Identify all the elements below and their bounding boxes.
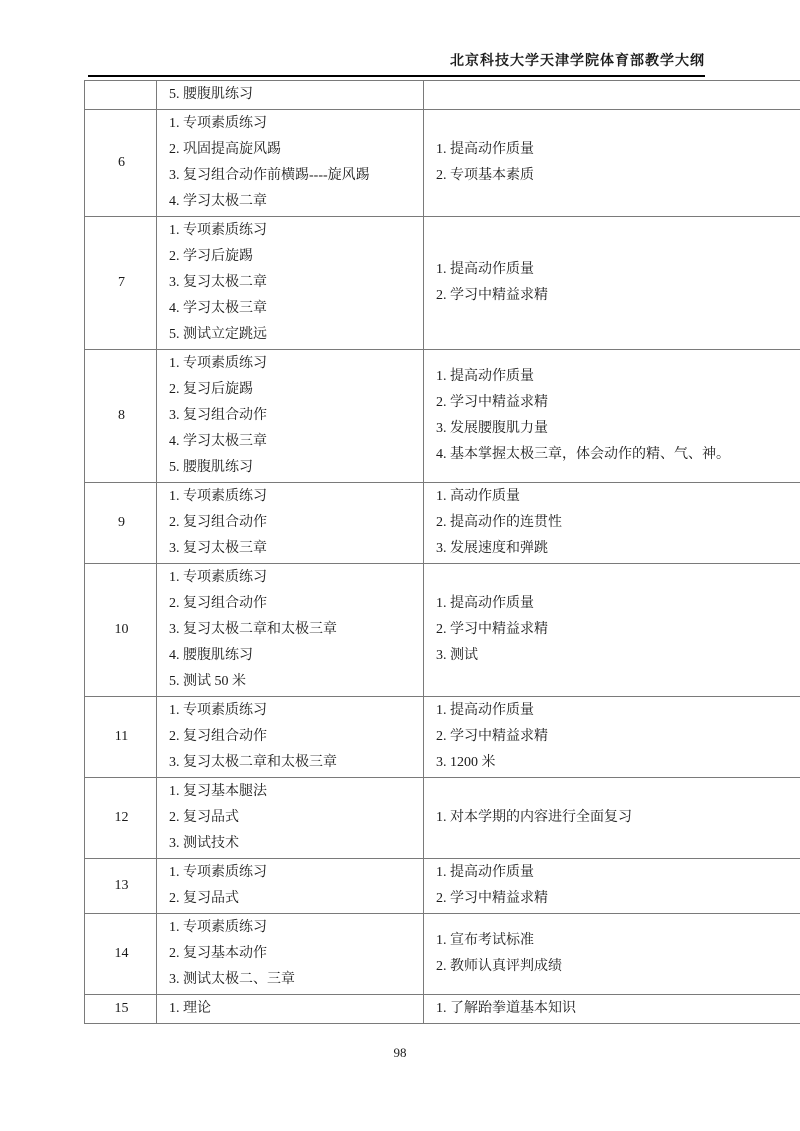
- content-line: 2. 巩固提高旋风踢: [169, 137, 413, 163]
- goal-line: 1. 提高动作质量: [436, 257, 795, 283]
- content-cell: 1. 专项素质练习 2. 学习后旋踢 3. 复习太极二章 4. 学习太极三章 5…: [157, 217, 424, 350]
- goals-cell: 1. 提高动作质量 2. 学习中精益求精: [424, 859, 800, 914]
- goals-cell: 1. 提高动作质量 2. 学习中精益求精 3. 测试: [424, 564, 800, 697]
- content-line: 3. 复习组合动作: [169, 403, 413, 429]
- goal-line: 2. 教师认真评判成绩: [436, 954, 795, 980]
- goals-cell: 1. 提高动作质量 2. 学习中精益求精 3. 1200 米: [424, 697, 800, 778]
- content-cell: 1. 专项素质练习 2. 复习组合动作 3. 复习太极三章: [157, 483, 424, 564]
- content-line: 2. 复习组合动作: [169, 724, 413, 750]
- content-line: 1. 专项素质练习: [169, 111, 413, 137]
- content-line: 4. 学习太极三章: [169, 429, 413, 455]
- content-line: 3. 复习太极二章: [169, 270, 413, 296]
- content-line: 1. 专项素质练习: [169, 915, 413, 941]
- syllabus-table: 5. 腰腹肌练习 6 1. 专项素质练习 2. 巩固提高旋风踢 3. 复习组合动…: [84, 80, 800, 1024]
- goal-line: 1. 高动作质量: [436, 484, 795, 510]
- content-line: 2. 复习组合动作: [169, 510, 413, 536]
- table-row: 11 1. 专项素质练习 2. 复习组合动作 3. 复习太极二章和太极三章 1.…: [85, 697, 800, 778]
- table-row: 14 1. 专项素质练习 2. 复习基本动作 3. 测试太极二、三章 1. 宣布…: [85, 914, 800, 995]
- content-line: 1. 专项素质练习: [169, 218, 413, 244]
- content-line: 5. 腰腹肌练习: [169, 455, 413, 481]
- content-line: 3. 复习组合动作前横踢----旋风踢: [169, 163, 413, 189]
- goal-line: 1. 提高动作质量: [436, 698, 795, 724]
- goal-line: 1. 提高动作质量: [436, 860, 795, 886]
- content-cell: 5. 腰腹肌练习: [157, 81, 424, 110]
- week-cell: [85, 81, 157, 110]
- goal-line: 1. 提高动作质量: [436, 364, 795, 390]
- table-row: 9 1. 专项素质练习 2. 复习组合动作 3. 复习太极三章 1. 高动作质量…: [85, 483, 800, 564]
- content-cell: 1. 理论: [157, 995, 424, 1024]
- table-row: 12 1. 复习基本腿法 2. 复习品式 3. 测试技术 1. 对本学期的内容进…: [85, 778, 800, 859]
- content-line: 3. 复习太极二章和太极三章: [169, 617, 413, 643]
- content-line: 3. 测试技术: [169, 831, 413, 857]
- table-row: 13 1. 专项素质练习 2. 复习品式 1. 提高动作质量 2. 学习中精益求…: [85, 859, 800, 914]
- week-cell: 11: [85, 697, 157, 778]
- table-row: 7 1. 专项素质练习 2. 学习后旋踢 3. 复习太极二章 4. 学习太极三章…: [85, 217, 800, 350]
- content-line: 1. 复习基本腿法: [169, 779, 413, 805]
- table-row: 5. 腰腹肌练习: [85, 81, 800, 110]
- week-cell: 10: [85, 564, 157, 697]
- content-line: 2. 学习后旋踢: [169, 244, 413, 270]
- content-line: 3. 测试太极二、三章: [169, 967, 413, 993]
- week-cell: 6: [85, 110, 157, 217]
- goal-line: 2. 学习中精益求精: [436, 617, 795, 643]
- table-row: 10 1. 专项素质练习 2. 复习组合动作 3. 复习太极二章和太极三章 4.…: [85, 564, 800, 697]
- week-cell: 8: [85, 350, 157, 483]
- week-cell: 9: [85, 483, 157, 564]
- content-line: 1. 专项素质练习: [169, 351, 413, 377]
- goals-cell: 1. 高动作质量 2. 提高动作的连贯性 3. 发展速度和弹跳: [424, 483, 800, 564]
- content-line: 1. 专项素质练习: [169, 698, 413, 724]
- content-line: 1. 专项素质练习: [169, 860, 413, 886]
- week-cell: 12: [85, 778, 157, 859]
- goal-line: 2. 学习中精益求精: [436, 886, 795, 912]
- content-line: 4. 学习太极三章: [169, 296, 413, 322]
- goal-line: 1. 宣布考试标准: [436, 928, 795, 954]
- page-header-title: 北京科技大学天津学院体育部教学大纲: [450, 54, 705, 69]
- goal-line: 4. 基本掌握太极三章，体会动作的精、气、神。: [436, 442, 795, 468]
- goal-line: 1. 对本学期的内容进行全面复习: [436, 805, 795, 831]
- goals-cell: 1. 了解跆拳道基本知识: [424, 995, 800, 1024]
- content-line: 1. 理论: [169, 996, 413, 1022]
- goal-line: 2. 提高动作的连贯性: [436, 510, 795, 536]
- page-footer: 98: [0, 1045, 800, 1061]
- content-cell: 1. 专项素质练习 2. 复习组合动作 3. 复习太极二章和太极三章: [157, 697, 424, 778]
- goal-line: 2. 学习中精益求精: [436, 283, 795, 309]
- content-cell: 1. 专项素质练习 2. 复习基本动作 3. 测试太极二、三章: [157, 914, 424, 995]
- content-line: 2. 复习组合动作: [169, 591, 413, 617]
- page-number: 98: [394, 1045, 407, 1060]
- content-line: 2. 复习品式: [169, 805, 413, 831]
- content-line: 1. 专项素质练习: [169, 484, 413, 510]
- goal-line: 1. 了解跆拳道基本知识: [436, 996, 795, 1022]
- goals-cell: 1. 提高动作质量 2. 专项基本素质: [424, 110, 800, 217]
- goals-cell: 1. 提高动作质量 2. 学习中精益求精 3. 发展腰腹肌力量 4. 基本掌握太…: [424, 350, 800, 483]
- week-cell: 14: [85, 914, 157, 995]
- table-row: 8 1. 专项素质练习 2. 复习后旋踢 3. 复习组合动作 4. 学习太极三章…: [85, 350, 800, 483]
- table-row: 6 1. 专项素质练习 2. 巩固提高旋风踢 3. 复习组合动作前横踢----旋…: [85, 110, 800, 217]
- content-line: 5. 腰腹肌练习: [169, 82, 413, 108]
- goals-cell: 1. 对本学期的内容进行全面复习: [424, 778, 800, 859]
- content-line: 1. 专项素质练习: [169, 565, 413, 591]
- content-cell: 1. 专项素质练习 2. 巩固提高旋风踢 3. 复习组合动作前横踢----旋风踢…: [157, 110, 424, 217]
- goal-line: 3. 发展腰腹肌力量: [436, 416, 795, 442]
- week-cell: 13: [85, 859, 157, 914]
- content-cell: 1. 专项素质练习 2. 复习品式: [157, 859, 424, 914]
- content-cell: 1. 专项素质练习 2. 复习组合动作 3. 复习太极二章和太极三章 4. 腰腹…: [157, 564, 424, 697]
- content-line: 2. 复习后旋踢: [169, 377, 413, 403]
- table-row: 15 1. 理论 1. 了解跆拳道基本知识: [85, 995, 800, 1024]
- goal-line: 2. 专项基本素质: [436, 163, 795, 189]
- goals-cell: 1. 宣布考试标准 2. 教师认真评判成绩: [424, 914, 800, 995]
- content-line: 2. 复习品式: [169, 886, 413, 912]
- week-cell: 7: [85, 217, 157, 350]
- goal-line: 3. 1200 米: [436, 750, 795, 776]
- goal-line: 1. 提高动作质量: [436, 137, 795, 163]
- content-line: 2. 复习基本动作: [169, 941, 413, 967]
- goal-line: 1. 提高动作质量: [436, 591, 795, 617]
- goals-cell: [424, 81, 800, 110]
- content-line: 4. 学习太极二章: [169, 189, 413, 215]
- goal-line: 2. 学习中精益求精: [436, 390, 795, 416]
- content-cell: 1. 专项素质练习 2. 复习后旋踢 3. 复习组合动作 4. 学习太极三章 5…: [157, 350, 424, 483]
- content-cell: 1. 复习基本腿法 2. 复习品式 3. 测试技术: [157, 778, 424, 859]
- content-line: 3. 复习太极二章和太极三章: [169, 750, 413, 776]
- week-cell: 15: [85, 995, 157, 1024]
- page-header: 北京科技大学天津学院体育部教学大纲: [88, 50, 705, 77]
- goal-line: 3. 测试: [436, 643, 795, 669]
- document-page: 北京科技大学天津学院体育部教学大纲 5. 腰腹肌练习 6 1. 专项素质练习 2…: [0, 0, 800, 1131]
- content-line: 5. 测试立定跳远: [169, 322, 413, 348]
- goal-line: 2. 学习中精益求精: [436, 724, 795, 750]
- content-line: 3. 复习太极三章: [169, 536, 413, 562]
- content-line: 4. 腰腹肌练习: [169, 643, 413, 669]
- content-line: 5. 测试 50 米: [169, 669, 413, 695]
- goals-cell: 1. 提高动作质量 2. 学习中精益求精: [424, 217, 800, 350]
- goal-line: 3. 发展速度和弹跳: [436, 536, 795, 562]
